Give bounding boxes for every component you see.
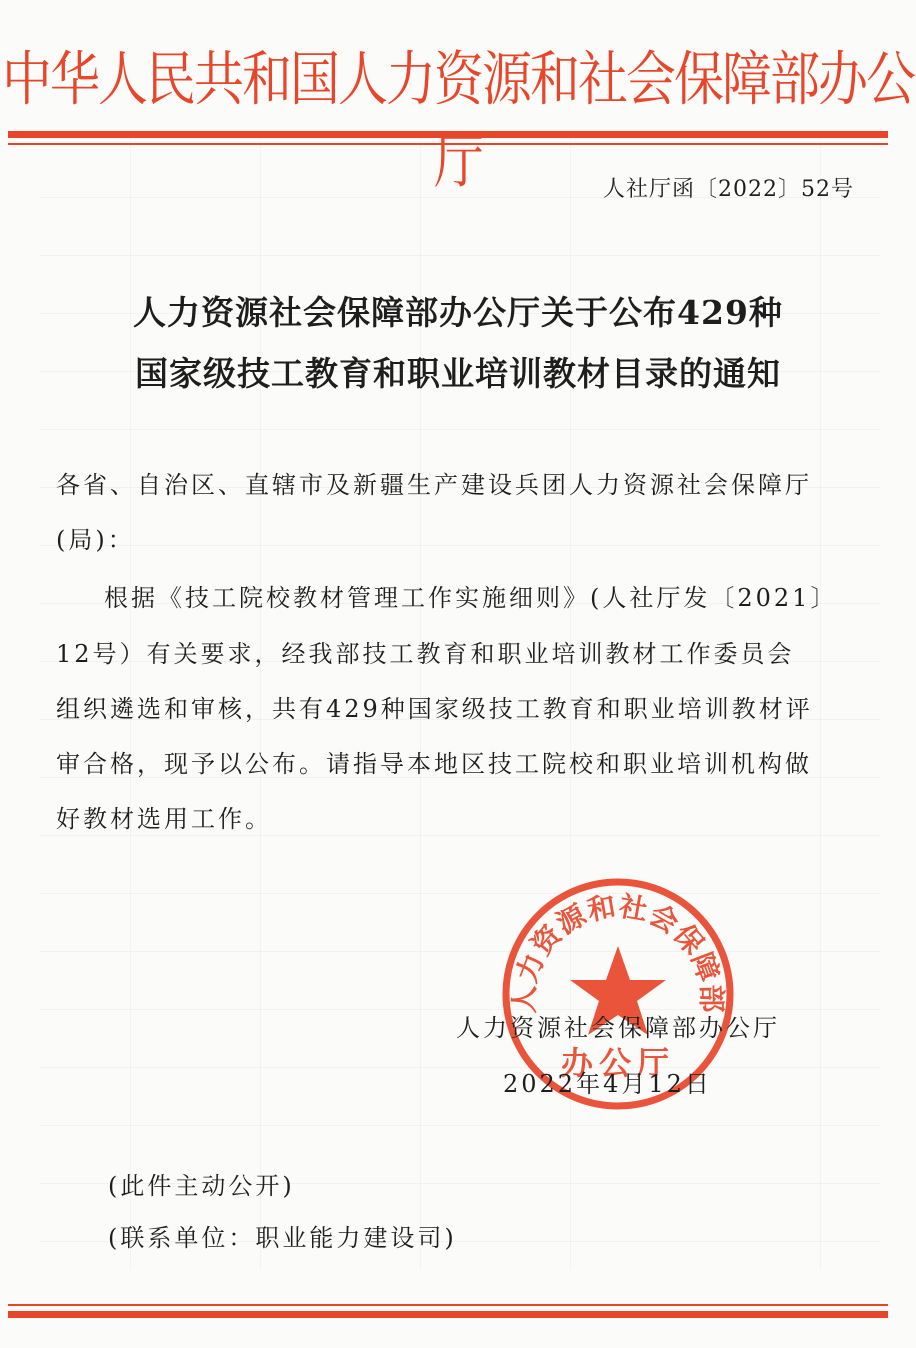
disclosure-note: (此件主动公开) bbox=[108, 1166, 295, 1201]
body-line: 组织遴选和审核，共有429种国家级技工教育和职业培训教材评 bbox=[56, 689, 813, 724]
signature-date: 2022年4月12日 bbox=[503, 1064, 712, 1099]
document-title-line-2: 国家级技工教育和职业培训教材目录的通知 bbox=[0, 348, 916, 395]
footer-rule-thick bbox=[8, 1311, 888, 1318]
contact-note: (联系单位：职业能力建设司) bbox=[108, 1218, 457, 1253]
body-line: 好教材选用工作。 bbox=[56, 799, 272, 834]
signature-issuer: 人力资源社会保障部办公厅 bbox=[456, 1008, 780, 1043]
body-line: 12号）有关要求，经我部技工教育和职业培训教材工作委员会 bbox=[56, 634, 795, 669]
document-title-line-1: 人力资源社会保障部办公厅关于公布429种 bbox=[0, 287, 916, 334]
body-line: 根据《技工院校教材管理工作实施细则》(人社厅发〔2021〕 bbox=[104, 578, 837, 613]
document-number: 人社厅函〔2022〕52号 bbox=[603, 172, 854, 203]
body-line: 审合格，现予以公布。请指导本地区技工院校和职业培训机构做 bbox=[56, 744, 812, 779]
salutation-line-1: 各省、自治区、直辖市及新疆生产建设兵团人力资源社会保障厅 bbox=[56, 465, 812, 500]
salutation-line-2: (局)： bbox=[56, 520, 135, 555]
letterhead-rule-thin bbox=[8, 143, 888, 145]
footer-rule-thin bbox=[8, 1304, 888, 1306]
letterhead-rule-thick bbox=[8, 131, 888, 138]
